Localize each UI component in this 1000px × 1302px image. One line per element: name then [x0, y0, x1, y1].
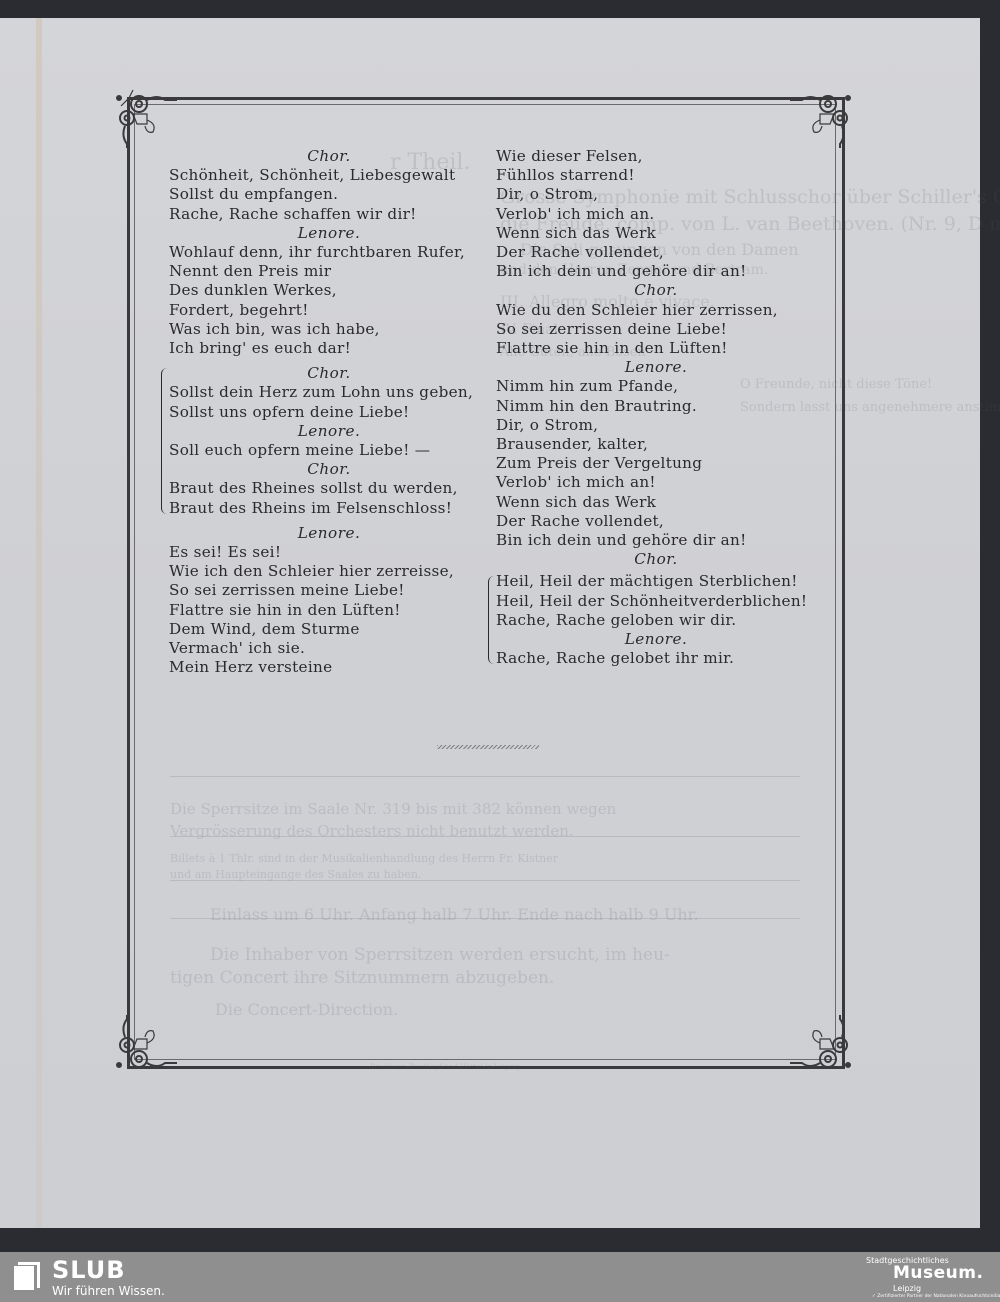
- verse-line: Verlob' ich mich an!: [496, 473, 816, 492]
- slub-logo-tagline: Wir führen Wissen.: [52, 1284, 165, 1298]
- verse-line: Des dunklen Werkes,: [169, 281, 489, 300]
- ornament-corner-icon: [790, 1015, 854, 1079]
- verse-line: Nimm hin zum Pfande,: [496, 377, 816, 396]
- speaker-label: Lenore.: [496, 630, 816, 649]
- verse-line: Wie du den Schleier hier zerrissen,: [496, 301, 816, 320]
- verse-line: Braut des Rheines sollst du werden,: [169, 479, 489, 498]
- verse-line: Dir, o Strom,: [496, 185, 816, 204]
- speaker-label: Lenore.: [169, 524, 489, 543]
- verse-line: Es sei! Es sei!: [169, 543, 489, 562]
- speaker-label: Chor.: [496, 281, 816, 300]
- verse-line: Wohlauf denn, ihr furchtbaren Rufer,: [169, 243, 489, 262]
- libretto-left-column: Chor.Schönheit, Schönheit, LiebesgewaltS…: [169, 147, 489, 677]
- verse-line: So sei zerrissen meine Liebe!: [169, 581, 489, 600]
- verse-line: Wie dieser Felsen,: [496, 147, 816, 166]
- verse-line: Heil, Heil der mächtigen Sterblichen!: [496, 572, 816, 591]
- speaker-label: Lenore.: [169, 224, 489, 243]
- speaker-label: Chor.: [169, 147, 489, 166]
- verse-line: Dem Wind, dem Sturme: [169, 620, 489, 639]
- verse-line: Schönheit, Schönheit, Liebesgewalt: [169, 166, 489, 185]
- slub-logo-name: SLUB: [52, 1256, 126, 1284]
- verse-line: Was ich bin, was ich habe,: [169, 320, 489, 339]
- verse-line: Bin ich dein und gehöre dir an!: [496, 262, 816, 281]
- speaker-label: Chor.: [496, 550, 816, 569]
- museum-logo-city: Leipzig: [893, 1284, 921, 1293]
- speaker-label: Lenore.: [169, 422, 489, 441]
- verse-line: Heil, Heil der Schönheitverderblichen!: [496, 592, 816, 611]
- verse-line: Ich bring' es euch dar!: [169, 339, 489, 358]
- verse-line: Nimm hin den Brautring.: [496, 397, 816, 416]
- verse-line: Verlob' ich mich an.: [496, 205, 816, 224]
- ornament-corner-icon: [113, 84, 177, 148]
- verse-line: Braut des Rheins im Felsenschloss!: [169, 499, 489, 518]
- verse-line: Nennt den Preis mir: [169, 262, 489, 281]
- verse-line: Sollst uns opfern deine Liebe!: [169, 403, 489, 422]
- verse-line: Bin ich dein und gehöre dir an!: [496, 531, 816, 550]
- ornament-corner-icon: [113, 1015, 177, 1079]
- ornament-corner-icon: [790, 84, 854, 148]
- verse-line: So sei zerrissen deine Liebe!: [496, 320, 816, 339]
- wavy-rule-divider: [437, 745, 539, 749]
- verse-line: Wie ich den Schleier hier zerreisse,: [169, 562, 489, 581]
- chorus-brace-group: Chor.Sollst dein Herz zum Lohn uns geben…: [161, 364, 489, 518]
- verse-line: Rache, Rache geloben wir dir.: [496, 611, 816, 630]
- verse-line: Flattre sie hin in den Lüften!: [496, 339, 816, 358]
- verse-line: Sollst du empfangen.: [169, 185, 489, 204]
- speaker-label: Chor.: [169, 460, 489, 479]
- verse-line: Der Rache vollendet,: [496, 243, 816, 262]
- museum-logo-name: Museum.: [893, 1263, 983, 1283]
- verse-line: Wenn sich das Werk: [496, 224, 816, 243]
- verse-line: Rache, Rache schaffen wir dir!: [169, 205, 489, 224]
- verse-line: Rache, Rache gelobet ihr mir.: [496, 649, 816, 668]
- verse-line: Zum Preis der Vergeltung: [496, 454, 816, 473]
- verse-line: Dir, o Strom,: [496, 416, 816, 435]
- chorus-brace-group: Heil, Heil der mächtigen Sterblichen!Hei…: [488, 572, 816, 668]
- footer-bar: SLUB Wir führen Wissen. Stadtgeschichtli…: [0, 1252, 1000, 1302]
- verse-line: Wenn sich das Werk: [496, 493, 816, 512]
- verse-line: Flattre sie hin in den Lüften!: [169, 601, 489, 620]
- verse-line: Vermach' ich sie.: [169, 639, 489, 658]
- verse-line: Fordert, begehrt!: [169, 301, 489, 320]
- verse-line: Der Rache vollendet,: [496, 512, 816, 531]
- slub-book-icon: [14, 1262, 40, 1290]
- libretto-right-column: Wie dieser Felsen,Fühllos starrend!Dir, …: [496, 147, 816, 668]
- verse-line: Mein Herz versteine: [169, 658, 489, 677]
- speaker-label: Lenore.: [496, 358, 816, 377]
- verse-line: Brausender, kalter,: [496, 435, 816, 454]
- speaker-label: Chor.: [169, 364, 489, 383]
- verse-line: Fühllos starrend!: [496, 166, 816, 185]
- verse-line: Sollst dein Herz zum Lohn uns geben,: [169, 383, 489, 402]
- museum-logo-note: ✓ Zertifizierter Partner der Nationalen …: [872, 1294, 1000, 1299]
- verse-line: Soll euch opfern meine Liebe! —: [169, 441, 489, 460]
